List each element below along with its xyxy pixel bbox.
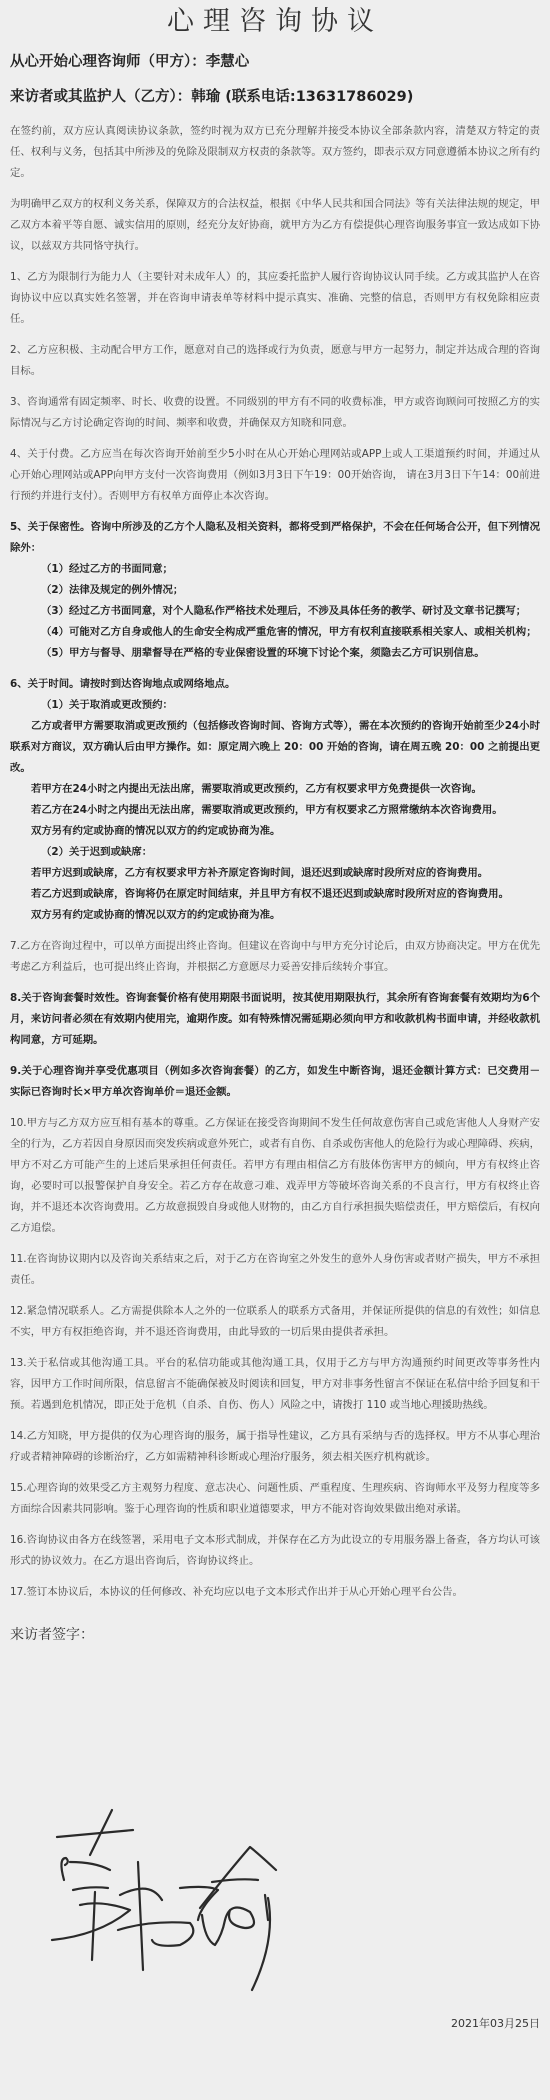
signature-label: 来访者签字： [10,1625,540,1645]
clause-14: 14.乙方知晓，甲方提供的仅为心理咨询的服务，属于指导性建议，乙方具有采纳与否的… [10,1426,540,1468]
intro-paragraph-2: 为明确甲乙双方的权利义务关系，保障双方的合法权益，根据《中华人民共和国合同法》等… [10,194,540,257]
party-b-line: 来访者或其监护人（乙方）：韩瑜 (联系电话:13631786029) [10,87,540,107]
agreement-document: 心理咨询协议 从心开始心理咨询师（甲方）：李慧心 来访者或其监护人（乙方）：韩瑜… [0,0,550,1645]
clause-6-sub1-text: 若乙方在24小时之内提出无法出席，需要取消或更改预约，甲方有权要求乙方照常缴纳本… [10,800,540,821]
intro-paragraph-1: 在签约前，双方应认真阅读协议条款，签约时视为双方已充分理解并接受本协议全部条款内… [10,121,540,184]
clause-16: 16.咨询协议由各方在线签署，采用电子文本形式制成，并保存在乙方为此设立的专用服… [10,1530,540,1572]
clause-1: 1、乙方为限制行为能力人（主要针对未成年人）的，其应委托监护人履行咨询协议认同手… [10,267,540,330]
clause-4: 4、关于付费。乙方应当在每次咨询开始前至少5小时在从心开始心理网站或APP上或人… [10,444,540,507]
clause-17: 17.签订本协议后，本协议的任何修改、补充均应以电子文本形式作出并于从心开始心理… [10,1582,540,1603]
clause-5-item: （1）经过乙方的书面同意； [10,559,540,580]
clause-7: 7.乙方在咨询过程中，可以单方面提出终止咨询。但建议在咨询中与甲方充分讨论后，由… [10,936,540,978]
clause-2: 2、乙方应积极、主动配合甲方工作，愿意对自己的选择或行为负责，愿意与甲方一起努力… [10,340,540,382]
party-a-line: 从心开始心理咨询师（甲方）：李慧心 [10,52,540,72]
clause-6-sub1-text: 乙方或者甲方需要取消或更改预约（包括修改咨询时间、咨询方式等），需在本次预约的咨… [10,716,540,779]
clause-6-sub2-text: 若乙方迟到或缺席，咨询将仍在原定时间结束，并且甲方有权不退还迟到或缺席时段所对应… [10,884,540,905]
document-title: 心理咨询协议 [10,0,540,42]
clause-5-item: （5）甲方与督导、朋辈督导在严格的专业保密设置的环境下讨论个案，须隐去乙方可识别… [10,643,540,664]
clause-9: 9.关于心理咨询并享受优惠项目（例如多次咨询套餐）的乙方，如发生中断咨询，退还金… [10,1061,540,1103]
clause-5-item: （3）经过乙方书面同意，对个人隐私作严格技术处理后，不涉及具体任务的教学、研讨及… [10,601,540,622]
clause-13: 13.关于私信或其他沟通工具。平台的私信功能或其他沟通工具，仅用于乙方与甲方沟通… [10,1353,540,1416]
clause-3: 3、咨询通常有固定频率、时长、收费的设置。不同级别的甲方有不同的收费标准，甲方或… [10,392,540,434]
clause-6-sub2-text: 双方另有约定或协商的情况以双方的约定或协商为准。 [10,905,540,926]
clause-6-sub2-text: 若甲方迟到或缺席，乙方有权要求甲方补齐原定咨询时间，退还迟到或缺席时段所对应的咨… [10,863,540,884]
clause-15: 15.心理咨询的效果受乙方主观努力程度、意志决心、问题性质、严重程度、生理疾病、… [10,1478,540,1520]
clause-12: 12.紧急情况联系人。乙方需提供除本人之外的一位联系人的联系方式备用，并保证所提… [10,1301,540,1343]
clause-11: 11.在咨询协议期内以及咨询关系结束之后，对于乙方在咨询室之外发生的意外人身伤害… [10,1249,540,1291]
clause-6-sub1-title: （1）关于取消或更改预约： [10,695,540,716]
clause-8: 8.关于咨询套餐时效性。咨询套餐价格有使用期限书面说明，按其使用期限执行，其余所… [10,988,540,1051]
clause-5-item: （4）可能对乙方自身或他人的生命安全构成严重危害的情况，甲方有权利直接联系相关家… [10,622,540,643]
handwritten-signature [40,1800,300,2000]
clause-6-sub1-text: 双方另有约定或协商的情况以双方的约定或协商为准。 [10,821,540,842]
clause-6-sub2-title: （2）关于迟到或缺席： [10,842,540,863]
clause-5-heading: 5、关于保密性。咨询中所涉及的乙方个人隐私及相关资料，都将受到严格保护，不会在任… [10,517,540,559]
signature-date: 2021年03月25日 [451,2015,540,2031]
clause-6-sub1-text: 若甲方在24小时之内提出无法出席，需要取消或更改预约，乙方有权要求甲方免费提供一… [10,779,540,800]
clause-6-heading: 6、关于时间。请按时到达咨询地点或网络地点。 [10,674,540,695]
clause-10: 10.甲方与乙方双方应互相有基本的尊重。乙方保证在接受咨询期间不发生任何故意伤害… [10,1113,540,1239]
clause-5-item: （2）法律及规定的例外情况； [10,580,540,601]
